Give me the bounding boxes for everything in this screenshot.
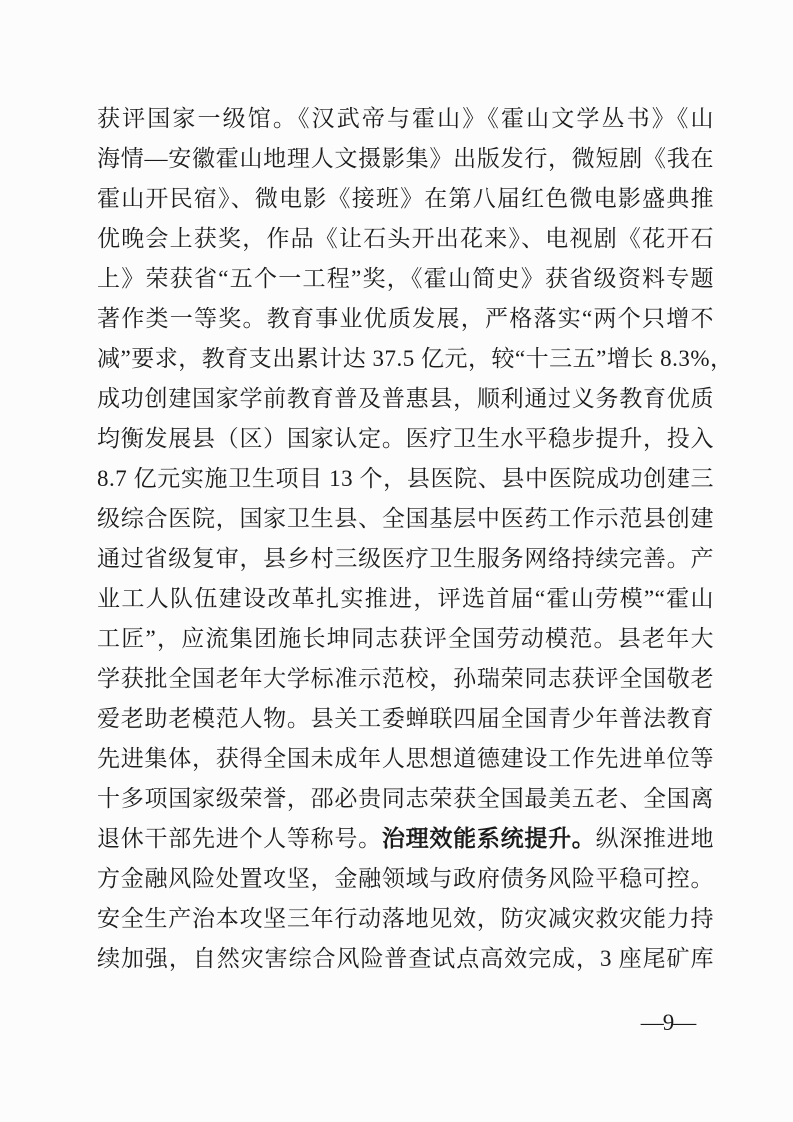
text-segment: 安全生产治本攻坚三年行动落地见效，防灾减灾救灾能力持: [97, 906, 714, 931]
text-segment: 续加强，自然灾害综合风险普查试点高效完成，3 座尾矿库: [97, 946, 714, 971]
text-segment: 退休干部先进个人等称号。: [97, 826, 382, 851]
text-line: 获评国家一级馆。《汉武帝与霍山》《霍山文学丛书》《山: [97, 99, 714, 139]
text-line: 十多项国家级荣誉，邵必贵同志荣获全国最美五老、全国离: [97, 779, 714, 819]
text-segment: 纵深推进地: [596, 826, 714, 851]
bold-text-segment: 治理效能系统提升。: [382, 826, 596, 851]
text-segment: 海情—安徽霍山地理人文摄影集》出版发行，微短剧《我在: [97, 146, 714, 171]
text-line: 通过省级复审，县乡村三级医疗卫生服务网络持续完善。产: [97, 539, 714, 579]
text-line: 方金融风险处置攻坚，金融领域与政府债务风险平稳可控。: [97, 859, 714, 899]
text-line: 成功创建国家学前教育普及普惠县，顺利通过义务教育优质: [97, 379, 714, 419]
text-line: 业工人队伍建设改革扎实推进，评选首届“霍山劳模”“霍山: [97, 579, 714, 619]
text-line: 先进集体，获得全国未成年人思想道德建设工作先进单位等: [97, 739, 714, 779]
text-line: 海情—安徽霍山地理人文摄影集》出版发行，微短剧《我在: [97, 139, 714, 179]
text-line: 学获批全国老年大学标准示范校，孙瑞荣同志获评全国敬老: [97, 659, 714, 699]
text-line: 退休干部先进个人等称号。治理效能系统提升。纵深推进地: [97, 819, 714, 859]
text-line: 工匠”，应流集团施长坤同志获评全国劳动模范。县老年大: [97, 619, 714, 659]
text-segment: 均衡发展县（区）国家认定。医疗卫生水平稳步提升，投入: [97, 426, 714, 451]
text-line: 减”要求，教育支出累计达 37.5 亿元，较“十三五”增长 8.3%，: [97, 339, 714, 379]
text-segment: 霍山开民宿》、微电影《接班》在第八届红色微电影盛典推: [97, 186, 714, 211]
text-line: 安全生产治本攻坚三年行动落地见效，防灾减灾救灾能力持: [97, 899, 714, 939]
text-line: 优晚会上获奖，作品《让石头开出花来》、电视剧《花开石: [97, 219, 714, 259]
text-line: 续加强，自然灾害综合风险普查试点高效完成，3 座尾矿库: [97, 939, 714, 979]
text-segment: 工匠”，应流集团施长坤同志获评全国劳动模范。县老年大: [97, 626, 714, 651]
text-line: 著作类一等奖。教育事业优质发展，严格落实“两个只增不: [97, 299, 714, 339]
text-line: 霍山开民宿》、微电影《接班》在第八届红色微电影盛典推: [97, 179, 714, 219]
text-segment: 通过省级复审，县乡村三级医疗卫生服务网络持续完善。产: [97, 546, 714, 571]
text-segment: 爱老助老模范人物。县关工委蝉联四届全国青少年普法教育: [97, 706, 714, 731]
text-segment: 先进集体，获得全国未成年人思想道德建设工作先进单位等: [97, 746, 714, 771]
text-segment: 级综合医院，国家卫生县、全国基层中医药工作示范县创建: [97, 506, 714, 531]
text-segment: 方金融风险处置攻坚，金融领域与政府债务风险平稳可控。: [97, 866, 714, 891]
text-line: 8.7 亿元实施卫生项目 13 个，县医院、县中医院成功创建三: [97, 459, 714, 499]
text-segment: 减”要求，教育支出累计达 37.5 亿元，较“十三五”增长 8.3%，: [97, 346, 734, 371]
page-number: —9—: [628, 1010, 708, 1036]
text-segment: 优晚会上获奖，作品《让石头开出花来》、电视剧《花开石: [97, 226, 714, 251]
text-segment: 上》荣获省“五个一工程”奖，《霍山简史》获省级资料专题: [97, 266, 714, 291]
text-line: 均衡发展县（区）国家认定。医疗卫生水平稳步提升，投入: [97, 419, 714, 459]
text-segment: 著作类一等奖。教育事业优质发展，严格落实“两个只增不: [97, 306, 714, 331]
text-segment: 成功创建国家学前教育普及普惠县，顺利通过义务教育优质: [97, 386, 714, 411]
text-line: 级综合医院，国家卫生县、全国基层中医药工作示范县创建: [97, 499, 714, 539]
text-segment: 学获批全国老年大学标准示范校，孙瑞荣同志获评全国敬老: [97, 666, 714, 691]
text-segment: 业工人队伍建设改革扎实推进，评选首届“霍山劳模”“霍山: [97, 586, 714, 611]
report-body: 获评国家一级馆。《汉武帝与霍山》《霍山文学丛书》《山海情—安徽霍山地理人文摄影集…: [97, 99, 714, 979]
text-segment: 8.7 亿元实施卫生项目 13 个，县医院、县中医院成功创建三: [97, 466, 714, 491]
text-line: 爱老助老模范人物。县关工委蝉联四届全国青少年普法教育: [97, 699, 714, 739]
text-line: 上》荣获省“五个一工程”奖，《霍山简史》获省级资料专题: [97, 259, 714, 299]
document-page: 获评国家一级馆。《汉武帝与霍山》《霍山文学丛书》《山海情—安徽霍山地理人文摄影集…: [0, 0, 793, 1122]
text-segment: 十多项国家级荣誉，邵必贵同志荣获全国最美五老、全国离: [97, 786, 714, 811]
text-segment: 获评国家一级馆。《汉武帝与霍山》《霍山文学丛书》《山: [97, 106, 714, 131]
